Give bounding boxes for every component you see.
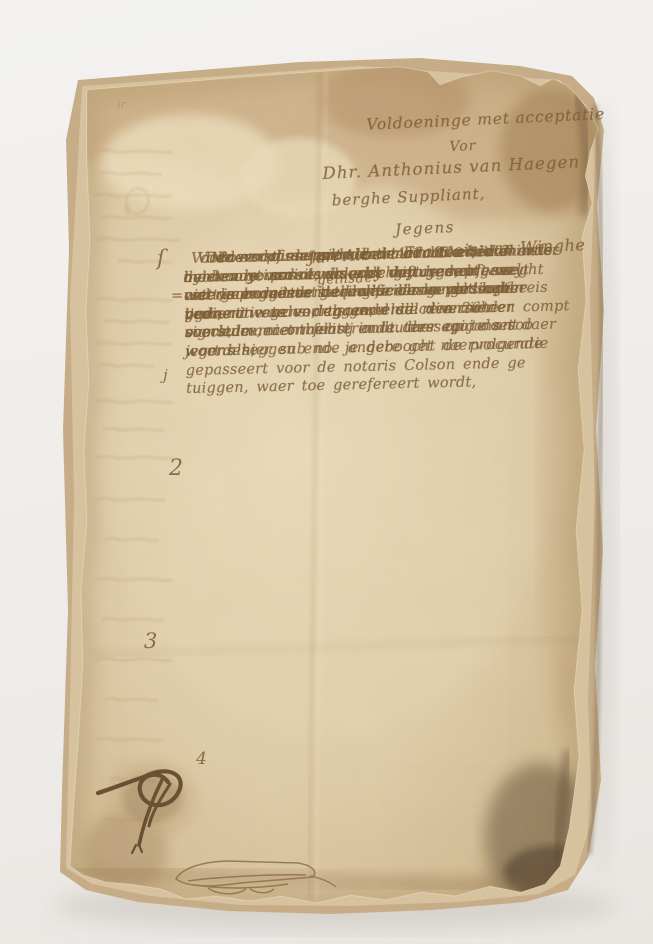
header-title: Voldoeninge met acceptatie bbox=[366, 105, 605, 134]
manuscript-text-layer: ir Voldoeninge met acceptatie Vor Dhr. A… bbox=[0, 0, 653, 944]
folio-mark: ir bbox=[116, 98, 126, 112]
margin-marker-2: j bbox=[163, 366, 168, 384]
header-for-label: Vor bbox=[449, 138, 477, 155]
header-versus-label: Jegens bbox=[395, 218, 455, 239]
margin-marker-1: ſ bbox=[157, 246, 165, 270]
photo-backdrop: ir Voldoeninge met acceptatie Vor Dhr. A… bbox=[0, 0, 653, 944]
header-plaintiff-line2: berghe Suppliant, bbox=[331, 184, 485, 209]
margin-marker-3: 2 bbox=[169, 456, 183, 481]
margin-marker-4: 3 bbox=[144, 629, 157, 653]
header-plaintiff-line1: Dhr. Anthonius van Haegen bbox=[322, 152, 580, 183]
body-text-block: Den voorſ. supplt. communicatie becomen … bbox=[183, 240, 627, 870]
paragraph-5: Boven dien naersiende den 5 artickel wae… bbox=[183, 241, 560, 324]
